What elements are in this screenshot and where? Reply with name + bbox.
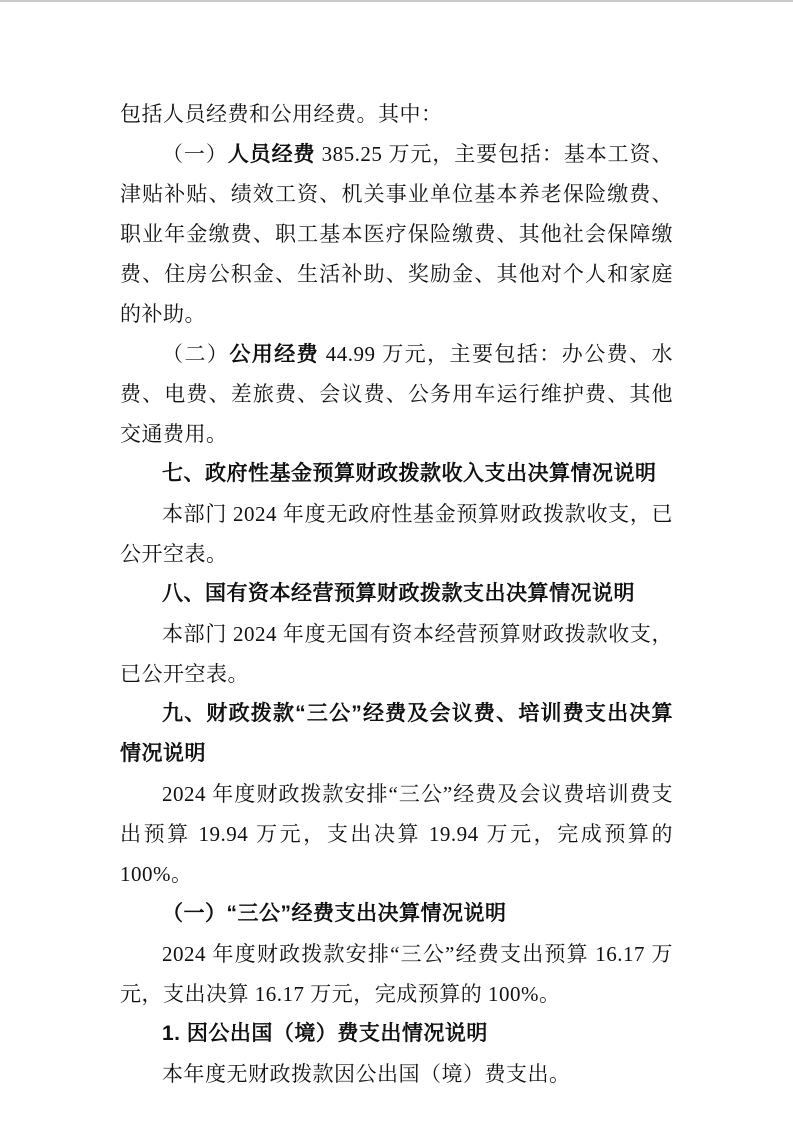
document-page: 包括人员经费和公用经费。其中： （一）人员经费 385.25 万元，主要包括：基… bbox=[0, 0, 793, 1122]
paragraph-personnel-expense: （一）人员经费 385.25 万元，主要包括：基本工资、津贴补贴、绩效工资、机关… bbox=[120, 134, 673, 334]
paragraph-section9-sub1-body: 2024 年度财政拨款安排“三公”经费支出预算 16.17 万元，支出决算 16… bbox=[120, 934, 673, 1014]
public-expense-label: 公用经费 bbox=[229, 342, 319, 366]
paragraph-section8-body: 本部门 2024 年度无国有资本经营预算财政拨款收支，已公开空表。 bbox=[120, 614, 673, 694]
heading-section9-three-public-expenses: 九、财政拨款“三公”经费及会议费、培训费支出决算情况说明 bbox=[120, 694, 673, 774]
document-content: 包括人员经费和公用经费。其中： （一）人员经费 385.25 万元，主要包括：基… bbox=[120, 2, 673, 1094]
personnel-label: 人员经费 bbox=[228, 142, 316, 166]
paragraph-abroad-expense-body: 本年度无财政拨款因公出国（境）费支出。 bbox=[120, 1054, 673, 1094]
personnel-text: 385.25 万元，主要包括：基本工资、津贴补贴、绩效工资、机关事业单位基本养老… bbox=[120, 142, 673, 326]
paragraph-section7-body: 本部门 2024 年度无政府性基金预算财政拨款收支，已公开空表。 bbox=[120, 494, 673, 574]
heading-section7-gov-fund-budget: 七、政府性基金预算财政拨款收入支出决算情况说明 bbox=[120, 454, 673, 494]
paragraph-section9-body: 2024 年度财政拨款安排“三公”经费及会议费培训费支出预算 19.94 万元，… bbox=[120, 774, 673, 894]
paragraph-intro: 包括人员经费和公用经费。其中： bbox=[120, 94, 673, 134]
heading-section8-state-capital-budget: 八、国有资本经营预算财政拨款支出决算情况说明 bbox=[120, 574, 673, 614]
heading-section9-sub1-three-public-detail: （一）“三公”经费支出决算情况说明 bbox=[120, 894, 673, 934]
paragraph-public-expense: （二）公用经费 44.99 万元，主要包括：办公费、水费、电费、差旅费、会议费、… bbox=[120, 334, 673, 454]
heading-abroad-expense: 1. 因公出国（境）费支出情况说明 bbox=[120, 1014, 673, 1054]
personnel-label-prefix: （一） bbox=[162, 142, 228, 166]
public-expense-label-prefix: （二） bbox=[162, 342, 229, 366]
